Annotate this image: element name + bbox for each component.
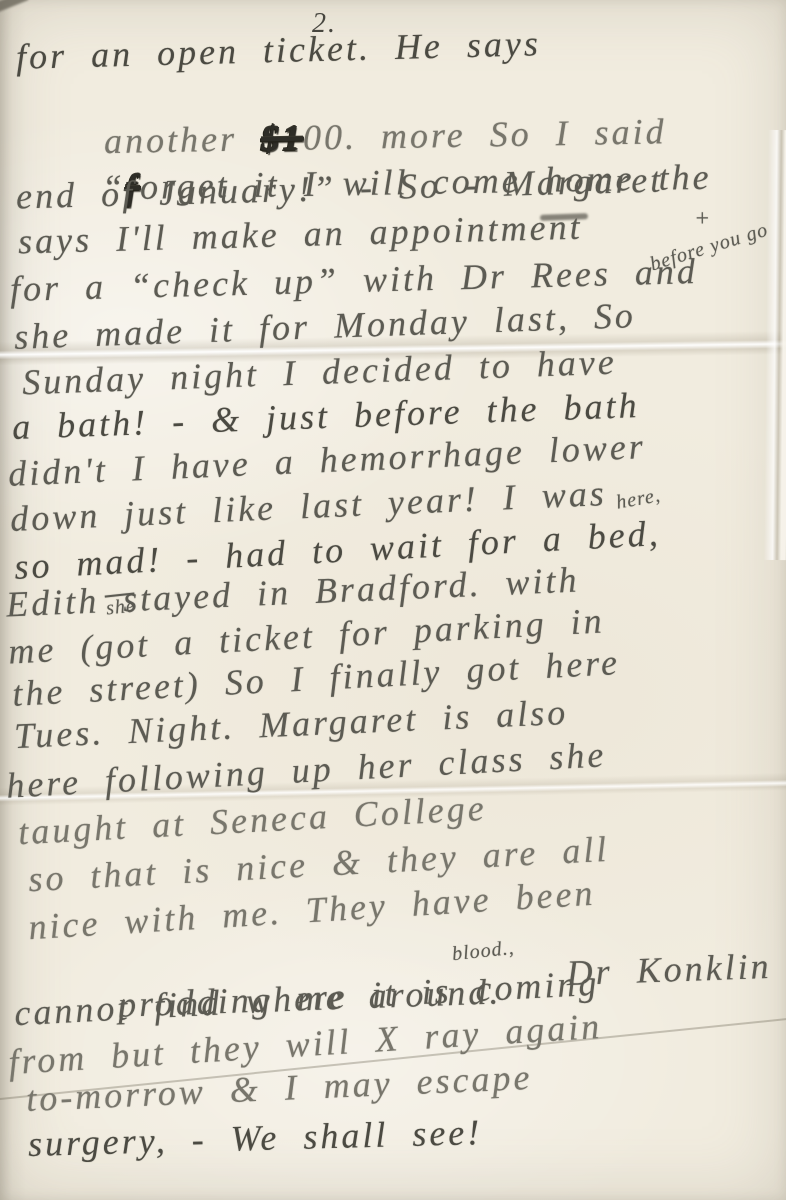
corner-smudge (0, 0, 29, 13)
insertion-caret: + (694, 206, 711, 232)
paper-edge (764, 130, 786, 560)
insertion-she: she (105, 595, 137, 620)
handwriting-line: for an open ticket. He says (16, 23, 542, 78)
handwriting-line: surgery, - We shall see! (28, 1112, 483, 1165)
insertion-here: here, (614, 484, 662, 513)
letter-page: 2. for an open ticket. He says another $… (0, 0, 786, 1200)
